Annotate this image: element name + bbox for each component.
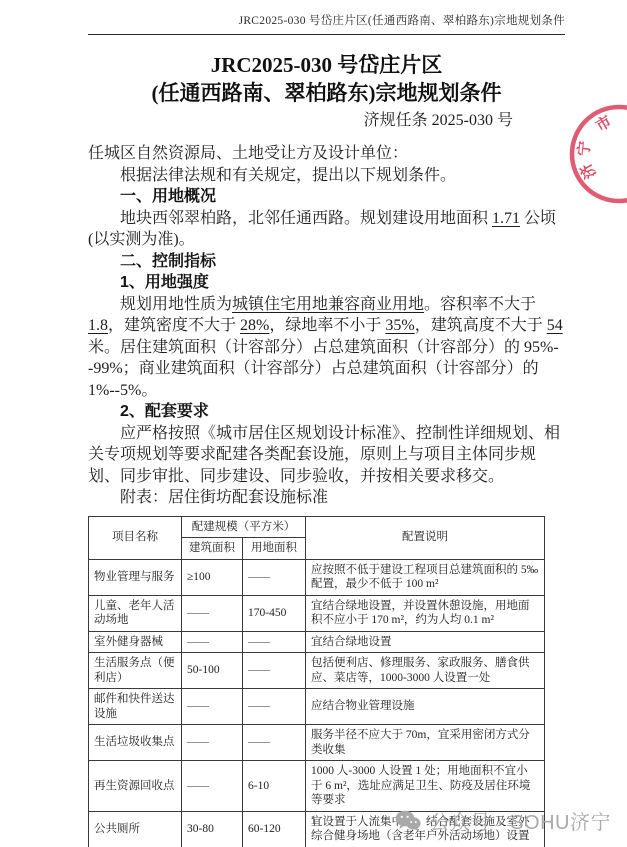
table-header-row: 项目名称 配建规模（平方米） 配置说明 <box>89 516 545 538</box>
underlined-height-value: 54 <box>547 317 563 334</box>
document-body: 任城区自然资源局、土地受让方及设计单位： 根据法律法规和有关规定，提出以下规划条… <box>88 143 565 847</box>
document-title: JRC2025-030 号岱庄片区 (任通西路南、翠柏路东)宗地规划条件 <box>88 51 565 107</box>
underlined-green-ratio-value: 35% <box>385 317 414 334</box>
header-rule <box>88 34 565 35</box>
table-row: 生活垃圾收集点 —— —— 服务半径不应大于 70m，宜采用密闭方式分类收集 <box>89 725 545 761</box>
footer-brand-label: 公众号 · SOHU济宁 <box>429 806 611 835</box>
official-red-seal: 市 宁 济 <box>545 90 627 260</box>
table-row: 儿童、老年人活动场地 —— 170-450 宜结合绿地设置，并设置休憩设施，用地… <box>89 595 545 631</box>
section1-heading: 一、用地概况 <box>88 186 565 208</box>
section2-heading: 二、控制指标 <box>88 251 565 273</box>
intro-paragraph: 根据法律法规和有关规定，提出以下规划条件。 <box>88 165 565 187</box>
section1-paragraph: 地块西邻翠柏路，北邻任通西路。规划建设用地面积 1.71 公顷(以实测为准)。 <box>88 208 565 251</box>
facility-standards-table: 项目名称 配建规模（平方米） 配置说明 建筑面积 用地面积 物业管理与服务 ≥1… <box>88 516 545 847</box>
table-row: 邮件和快件送达设施 —— —— 应结合物业管理设施 <box>89 689 545 725</box>
underlined-land-use-type: 城镇住宅用地兼容商业用地 <box>232 296 424 313</box>
underlined-land-area-value: 1.71 <box>492 210 520 227</box>
header-project-name: 项目名称 <box>89 516 182 559</box>
table-row: 再生资源回收点 —— 6-10 1000 人-3000 人设置 1 处；用地面积… <box>89 761 545 812</box>
subsection2-heading: 2、配套要求 <box>88 401 565 423</box>
wechat-icon <box>395 810 421 832</box>
subsection1-heading: 1、用地强度 <box>88 272 565 294</box>
table-caption: 附表：居住街坊配套设施标准 <box>88 487 565 509</box>
document-title-line2: (任通西路南、翠柏路东)宗地规划条件 <box>88 79 565 107</box>
underlined-density-value: 28% <box>240 317 269 334</box>
support-paragraph: 应严格按照《城市居住区规划设计标准》、控制性详细规划、相关专项规划等要求配建各类… <box>88 423 565 488</box>
header-floor-area: 建筑面积 <box>182 538 243 560</box>
table-row: 物业管理与服务 ≥100 —— 应按照不低于建设工程项目总建筑面积的 5‰ 配置… <box>89 559 545 595</box>
running-header: JRC2025-030 号岱庄片区(任通西路南、翠柏路东)宗地规划条件 <box>88 14 565 28</box>
header-land-area: 用地面积 <box>243 538 306 560</box>
document-number: 济规任条 2025-030 号 <box>88 111 565 131</box>
document-page: JRC2025-030 号岱庄片区(任通西路南、翠柏路东)宗地规划条件 JRC2… <box>0 0 627 847</box>
table-row: 室外健身器械 —— —— 宜结合绿地设置 <box>89 631 545 653</box>
header-description: 配置说明 <box>306 516 545 559</box>
underlined-far-value: 1.8 <box>88 317 108 334</box>
salutation-line: 任城区自然资源局、土地受让方及设计单位： <box>88 143 565 165</box>
document-title-line1: JRC2025-030 号岱庄片区 <box>88 51 565 79</box>
seal-char-middle: 宁 <box>574 140 593 157</box>
header-scale-group: 配建规模（平方米） <box>182 516 306 538</box>
table-row: 生活服务点（便利店） 50-100 —— 包括便利店、修理服务、家政服务、膳食供… <box>89 653 545 689</box>
footer-brand: 公众号 · SOHU济宁 <box>395 806 611 835</box>
land-use-paragraph: 规划用地性质为城镇住宅用地兼容商业用地。容积率不大于 1.8，建筑密度不大于 2… <box>88 294 565 402</box>
